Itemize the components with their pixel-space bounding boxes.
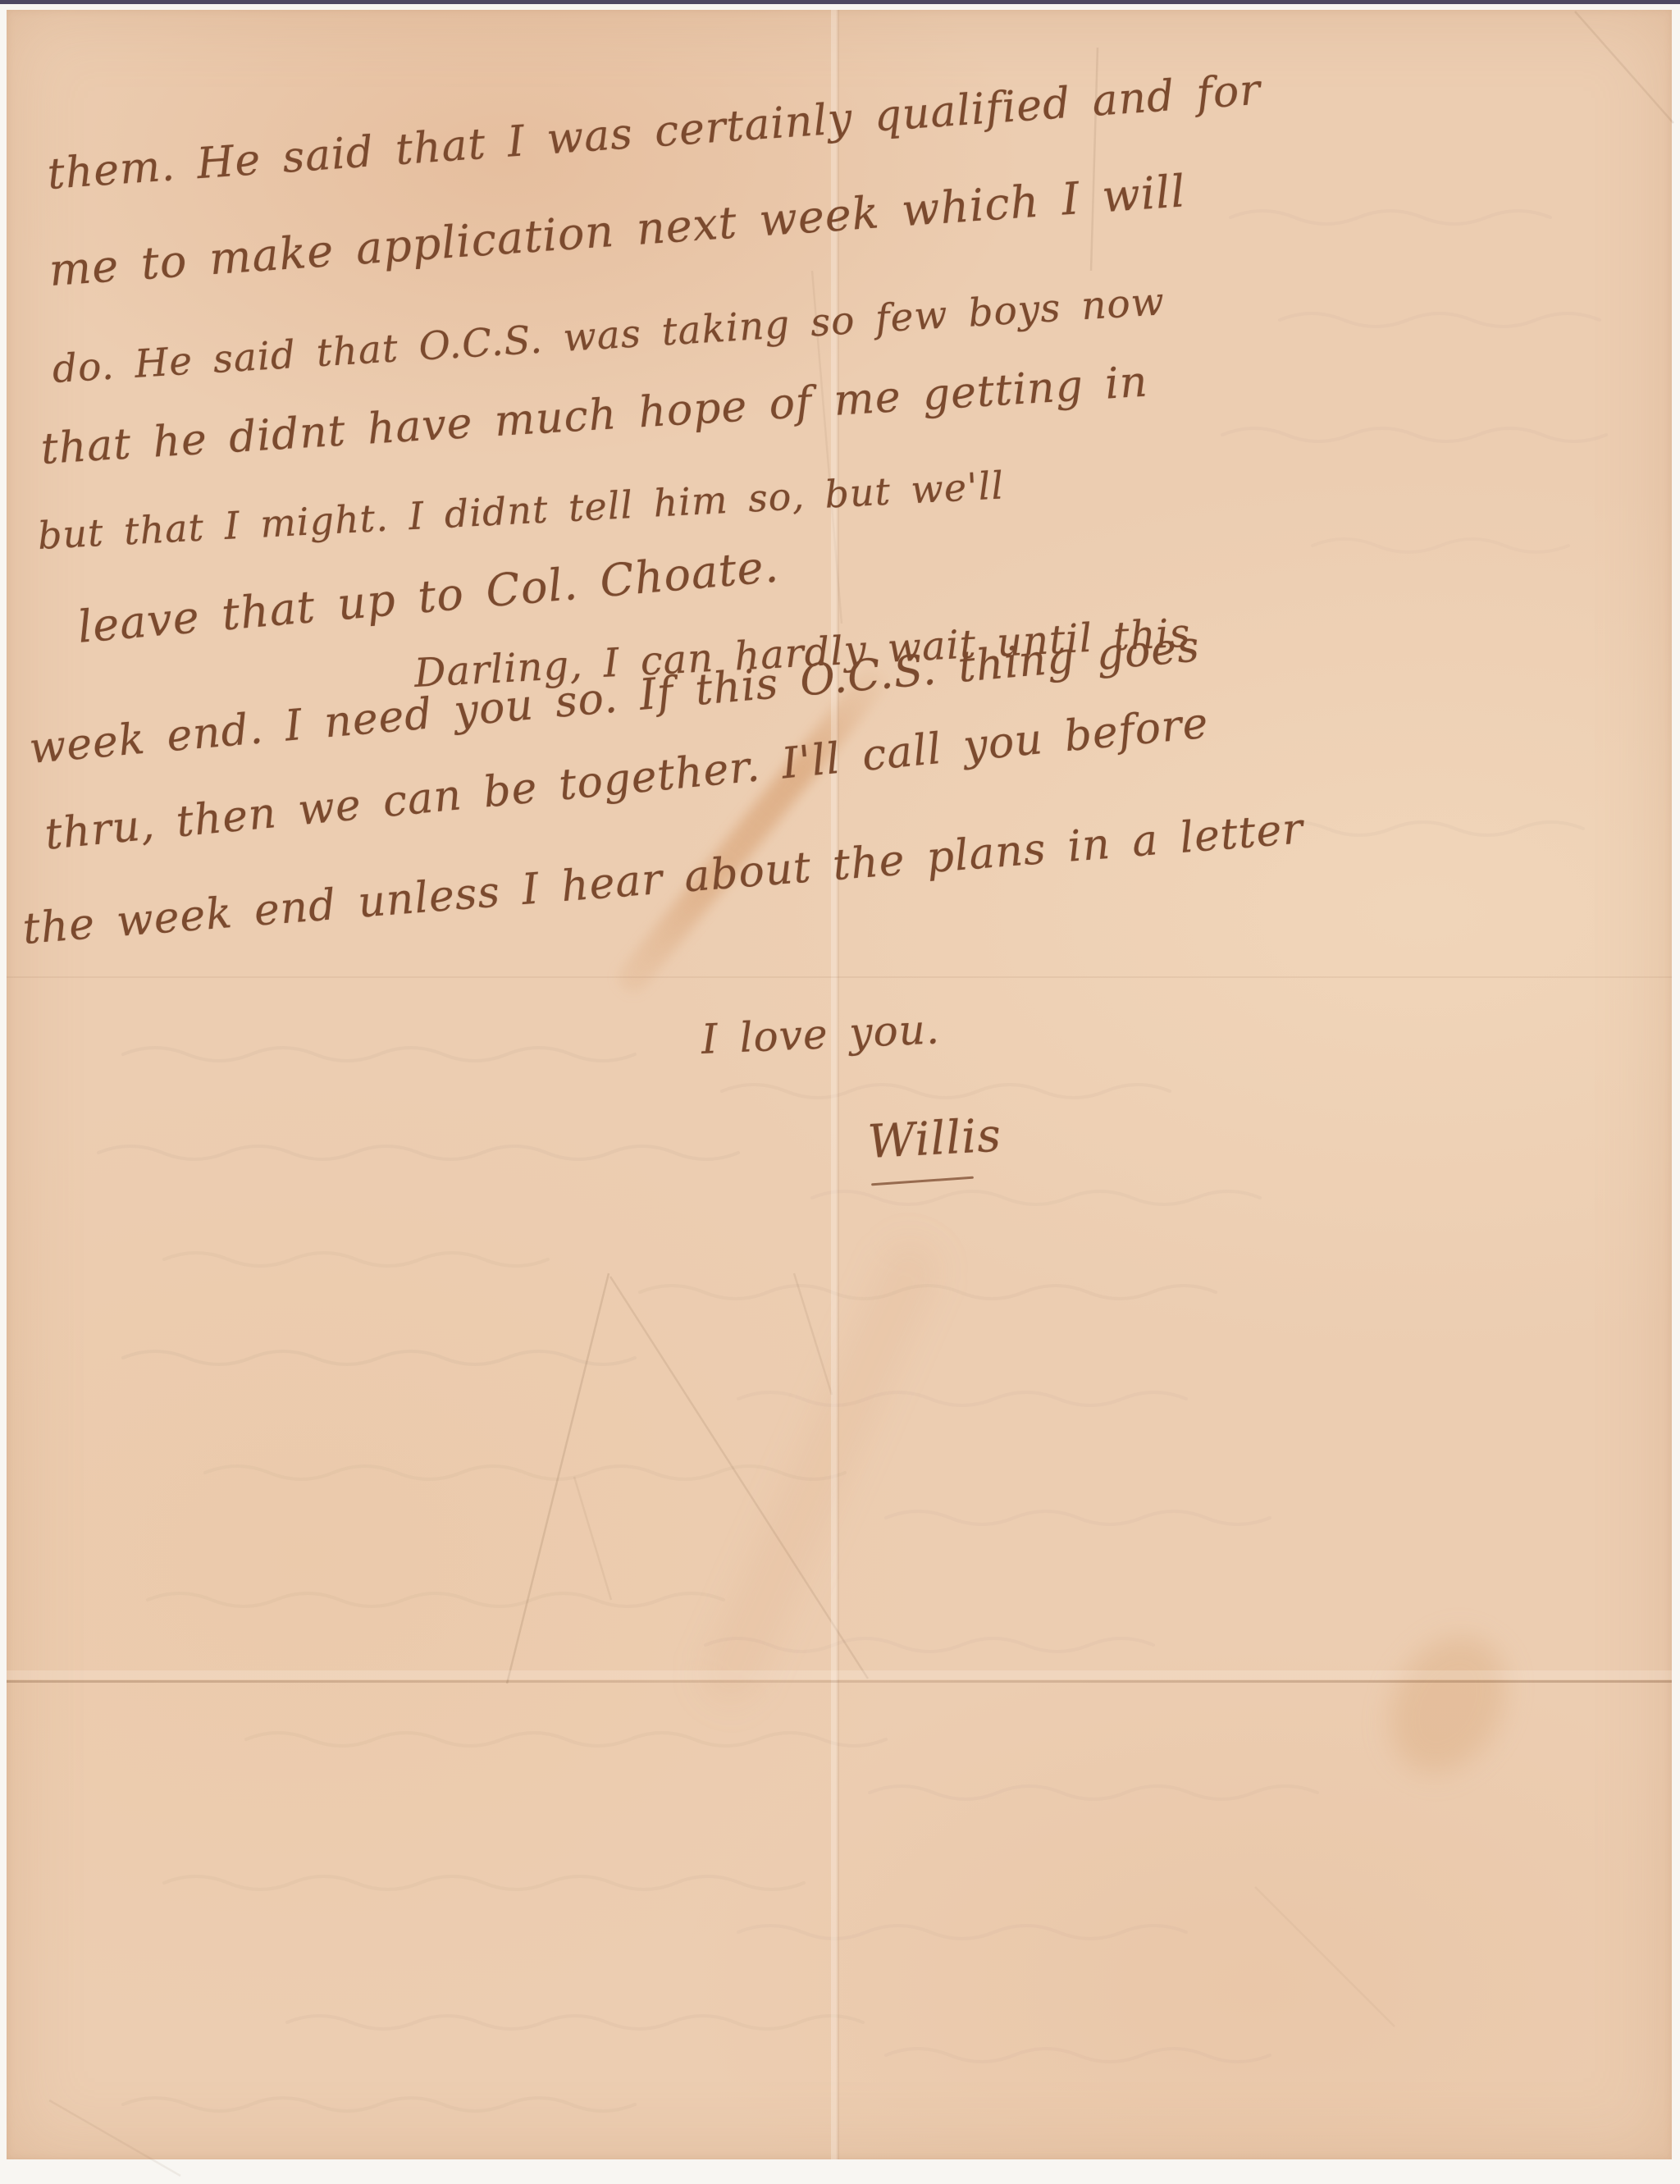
scanner-edge-strip [0, 0, 1680, 4]
signature: Willis [866, 1111, 1002, 1168]
letter-scan: them. He said that I was certainly quali… [0, 0, 1680, 2184]
closing-line: I love you. [701, 1007, 941, 1062]
